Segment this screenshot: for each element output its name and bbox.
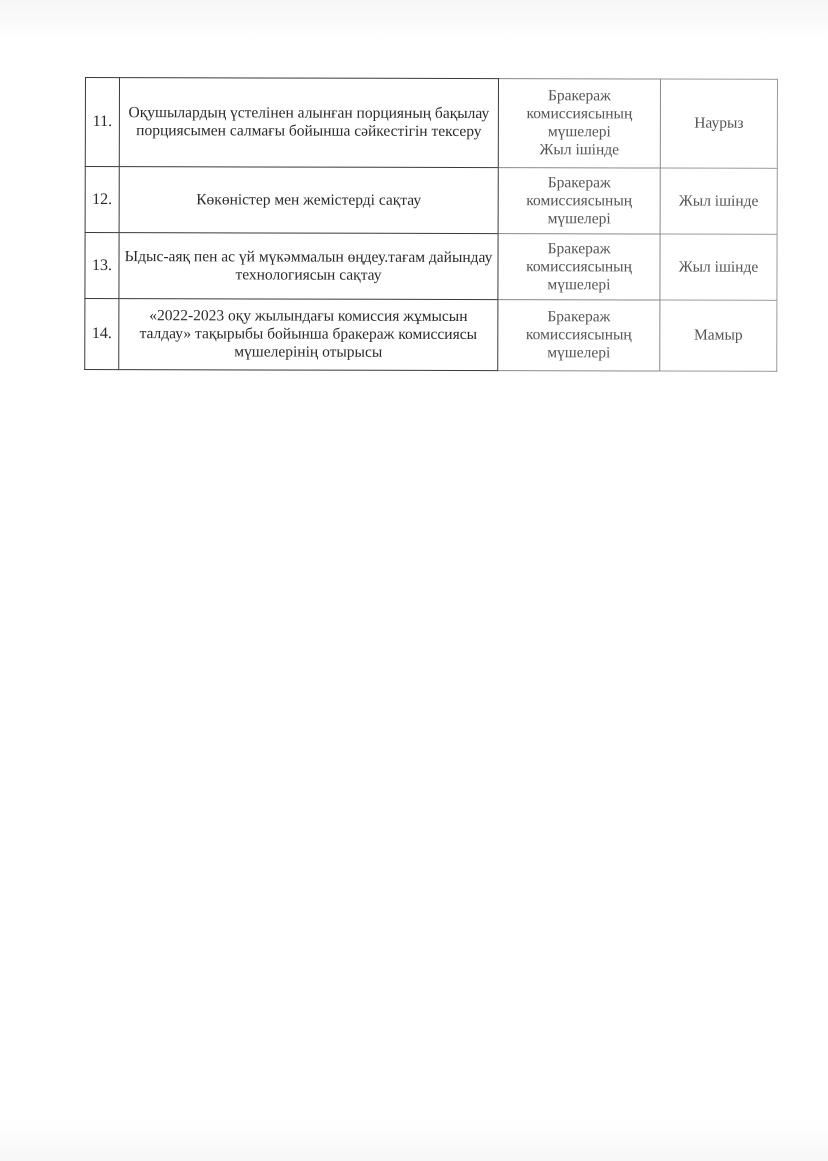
scanned-document-page: 11. Оқушылардың үстелінен алынған порция… [0,0,828,1161]
responsible-line: мүшелері [502,210,657,228]
responsible-line: Бракераж [501,308,656,326]
deadline-cell: Жыл ішінде [660,234,777,300]
event-description: «2022-2023 оқу жылындағы комиссия жұмысы… [119,299,498,371]
responsible-cell: Бракераж комиссиясының мүшелері [498,168,660,234]
event-description: Көкөністер мен жемістерді сақтау [119,167,498,234]
responsible-line: Бракераж [502,240,657,258]
responsible-cell: Бракераж комиссиясының мүшелері Жыл ішін… [498,79,660,168]
table-row: 13. Ыдыс-аяқ пен ас үй мүкәммалын өңдеу.… [85,233,777,301]
responsible-line: комиссиясының [502,105,657,123]
responsible-line: Жыл ішінде [502,141,657,159]
responsible-line: комиссиясының [501,258,656,276]
row-number: 13. [85,233,119,299]
event-description: Оқушылардың үстелінен алынған порцияның … [119,78,498,168]
responsible-cell: Бракераж комиссиясының мүшелері [498,300,660,371]
responsible-line: мүшелері [501,344,656,362]
deadline-cell: Жыл ішінде [660,168,777,234]
responsible-line: мүшелері [501,276,656,294]
responsible-line: Бракераж [502,87,657,105]
row-number: 11. [85,78,119,167]
responsible-line: комиссиясының [501,326,656,344]
table-row: 12. Көкөністер мен жемістерді сақтау Бра… [85,167,777,235]
responsible-line: комиссиясының [502,192,657,210]
table-row: 11. Оқушылардың үстелінен алынған порция… [85,78,777,169]
row-number: 12. [85,167,119,233]
table-row: 14. «2022-2023 оқу жылындағы комиссия жұ… [85,299,777,372]
commission-plan-table: 11. Оқушылардың үстелінен алынған порция… [84,77,778,372]
row-number: 14. [85,299,119,370]
responsible-line: мүшелері [502,123,657,141]
deadline-cell: Мамыр [660,300,777,371]
event-description: Ыдыс-аяқ пен ас үй мүкәммалын өңдеу.таға… [119,233,498,300]
responsible-cell: Бракераж комиссиясының мүшелері [498,234,660,300]
deadline-cell: Наурыз [660,79,777,168]
responsible-line: Бракераж [502,174,657,192]
